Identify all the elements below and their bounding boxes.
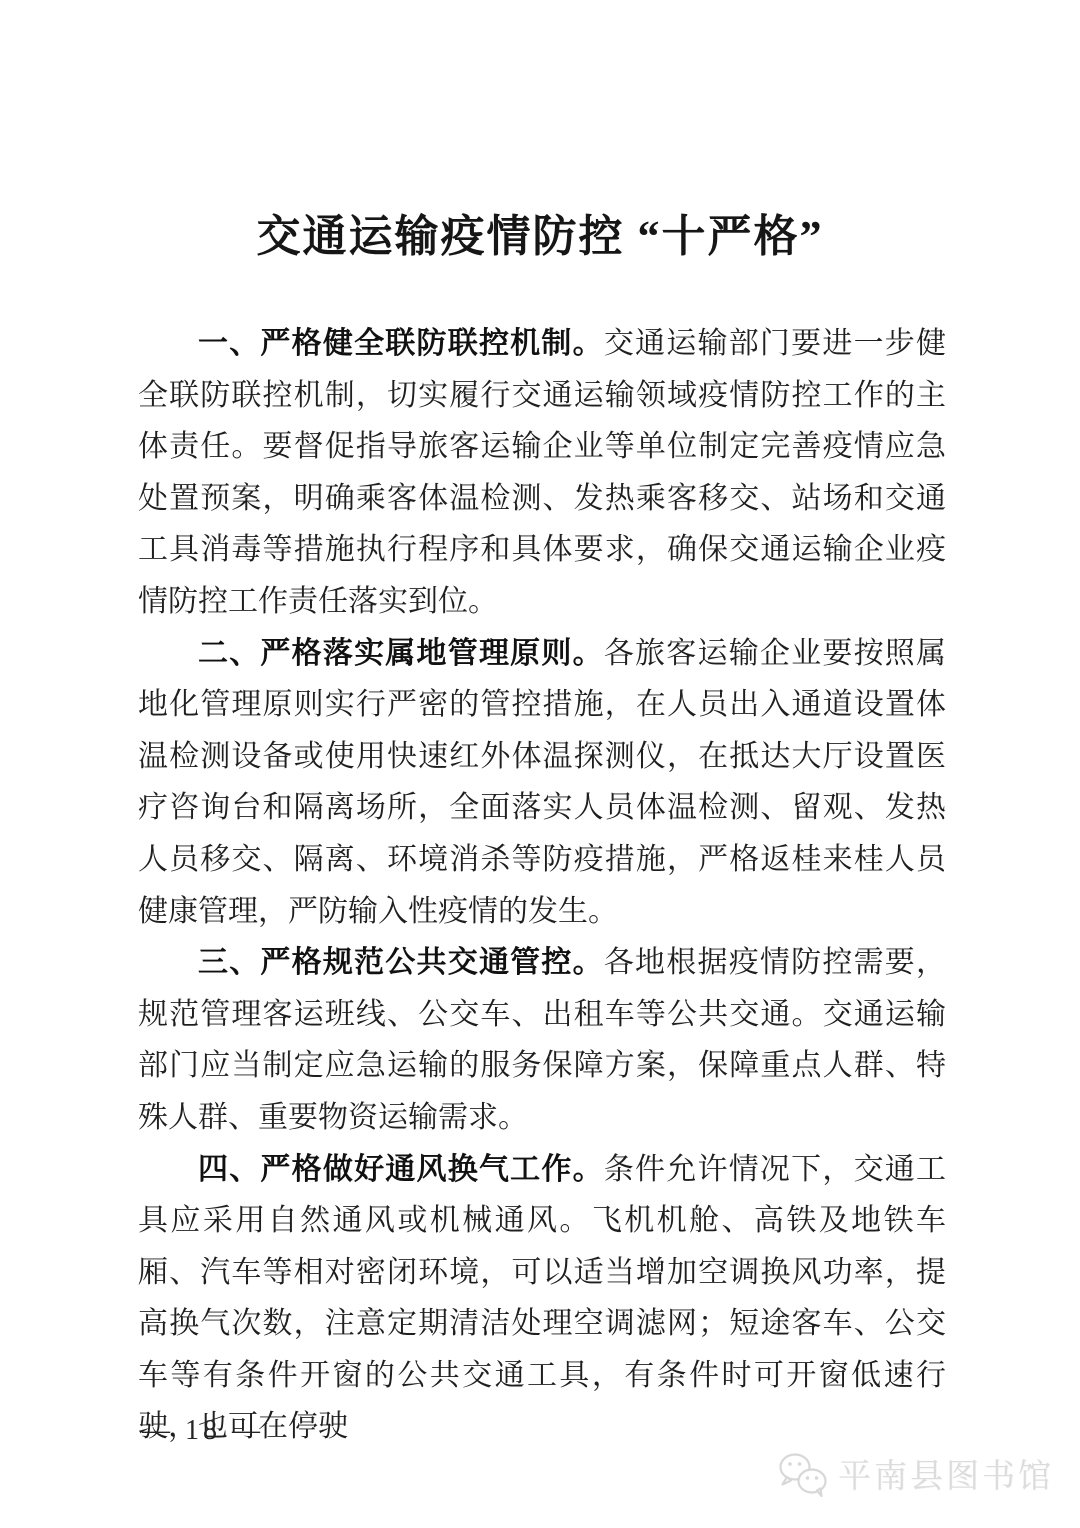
document-page: 交通运输疫情防控 “十严格” 一、严格健全联防联控机制。交通运输部门要进一步健全… [0, 0, 1080, 1528]
wechat-icon [776, 1451, 830, 1497]
watermark-label: 平南县图书馆 [838, 1450, 1054, 1497]
paragraph-lead: 二、严格落实属地管理原则。 [198, 637, 604, 670]
paragraph: 一、严格健全联防联控机制。交通运输部门要进一步健全联防联控机制，切实履行交通运输… [138, 318, 946, 628]
library-watermark: 平南县图书馆 [776, 1450, 1054, 1497]
paragraph-text: 条件允许情况下，交通工具应采用自然通风或机械通风。飞机机舱、高铁及地铁车厢、汽车… [138, 1153, 946, 1444]
paragraph-lead: 四、严格做好通风换气工作。 [198, 1153, 604, 1186]
paragraph: 三、严格规范公共交通管控。各地根据疫情防控需要，规范管理客运班线、公交车、出租车… [138, 937, 946, 1143]
paragraph-text: 各旅客运输企业要按照属地化管理原则实行严密的管控措施，在人员出入通道设置体温检测… [138, 637, 946, 928]
document-body: 一、严格健全联防联控机制。交通运输部门要进一步健全联防联控机制，切实履行交通运输… [138, 318, 946, 1453]
paragraph-lead: 一、严格健全联防联控机制。 [198, 327, 604, 360]
page-number: — 18 — [142, 1415, 264, 1447]
paragraph: 四、严格做好通风换气工作。条件允许情况下，交通工具应采用自然通风或机械通风。飞机… [138, 1144, 946, 1454]
page-title: 交通运输疫情防控 “十严格” [0, 200, 1080, 264]
paragraph: 二、严格落实属地管理原则。各旅客运输企业要按照属地化管理原则实行严密的管控措施，… [138, 628, 946, 938]
paragraph-text: 交通运输部门要进一步健全联防联控机制，切实履行交通运输领域疫情防控工作的主体责任… [138, 327, 946, 618]
paragraph-lead: 三、严格规范公共交通管控。 [198, 946, 604, 979]
